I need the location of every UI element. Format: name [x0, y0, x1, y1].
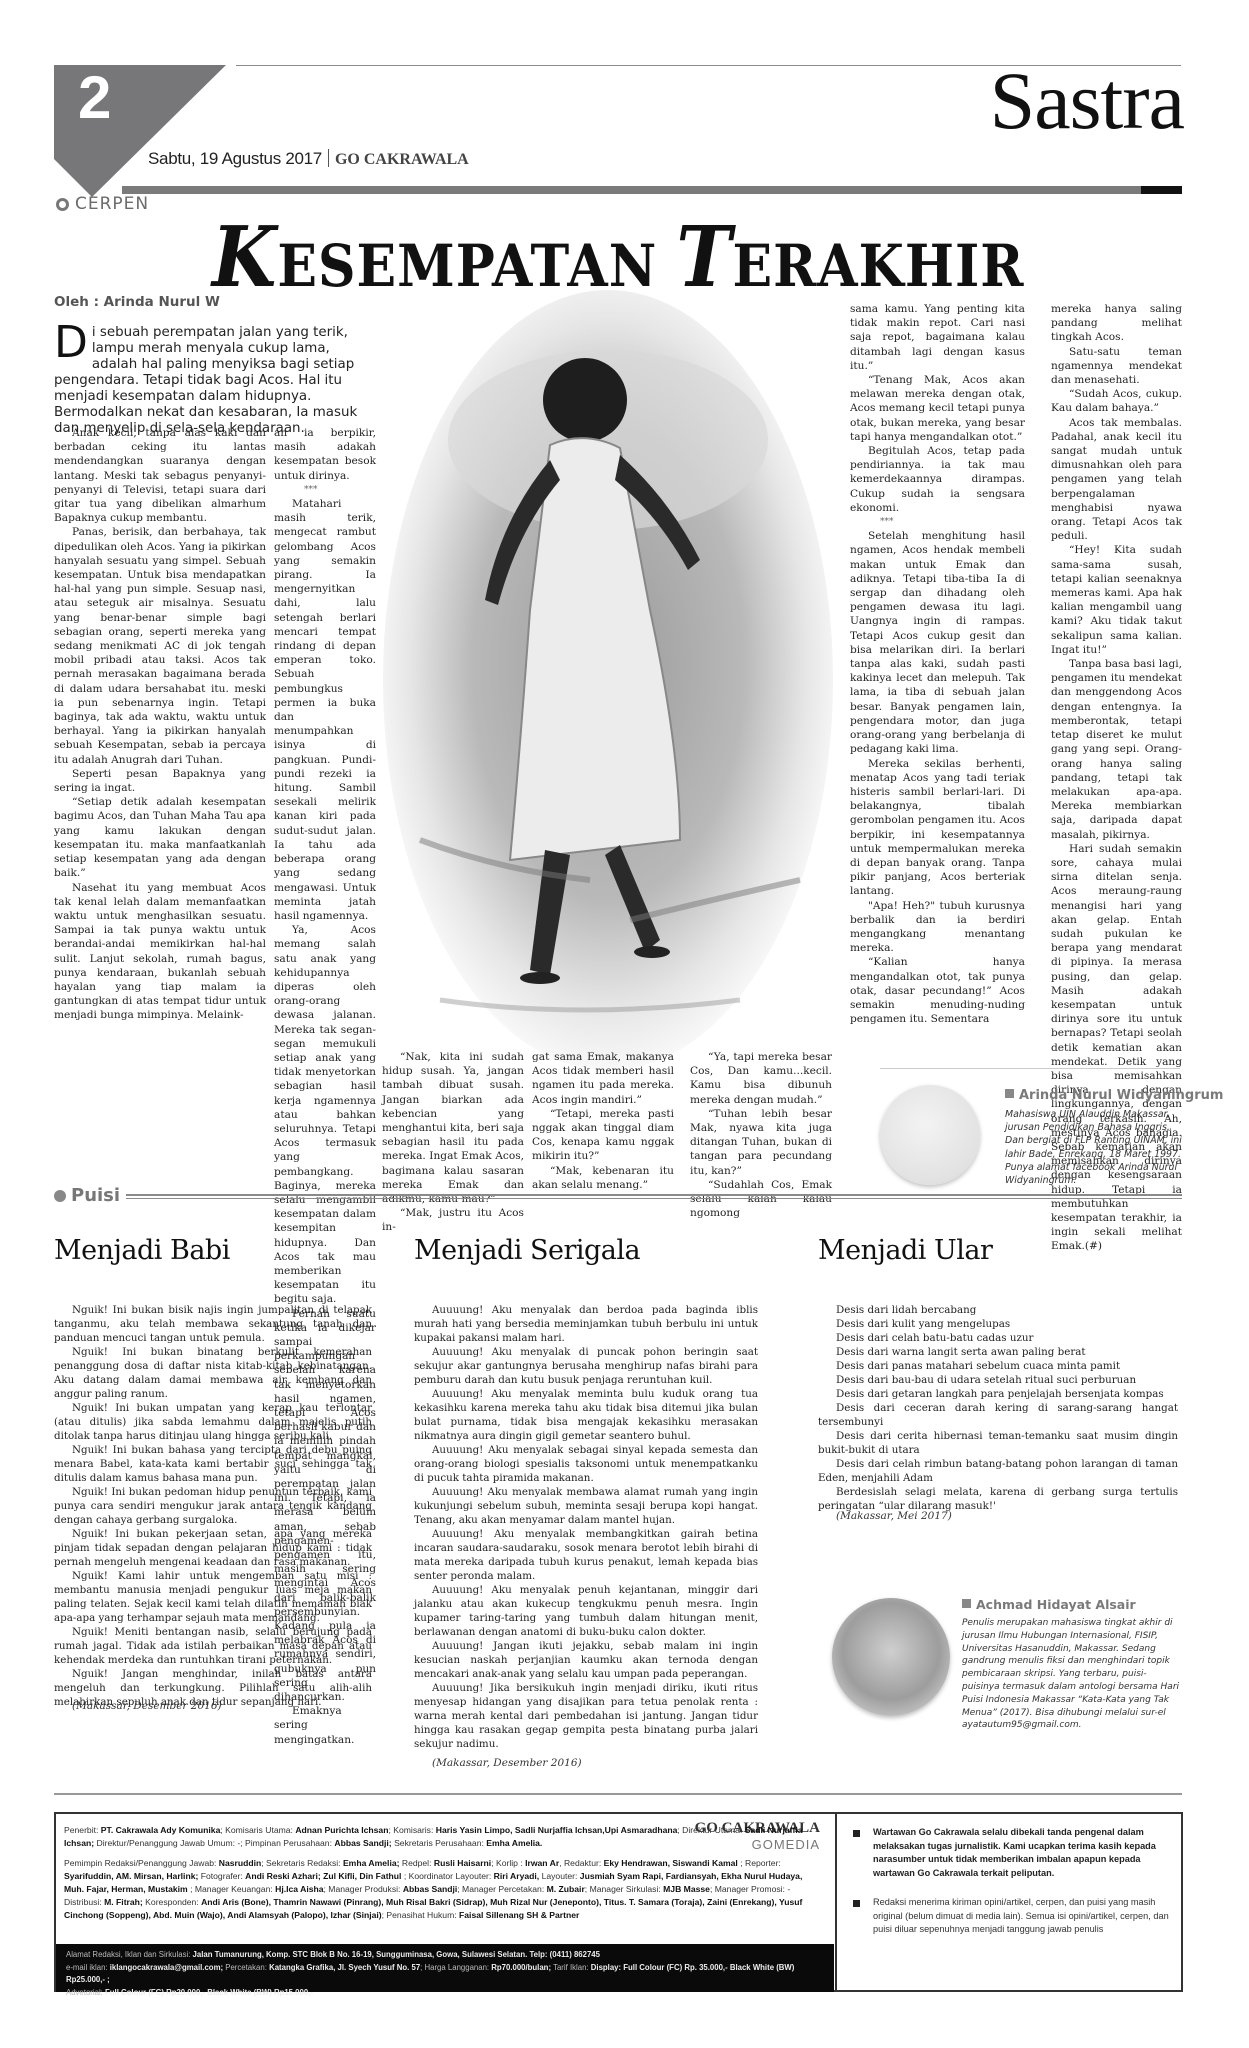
paragraph: Emaknya sering mengingatkan. — [274, 1704, 376, 1747]
paragraph: “Sudah Acos, cukup. Kau dalam bahaya.” — [1051, 387, 1182, 415]
credit-label: Alamat Redaksi, Iklan dan Sirkulasi: — [66, 1950, 193, 1959]
poem-line: Desis dari lidah bercabang — [818, 1303, 1178, 1317]
paragraph: “Hey! Kita sudah sama-sama susah, tetapi… — [1051, 543, 1182, 657]
credit-value: Abbas Sandji; — [334, 1838, 391, 1848]
paragraph: “Nak, kita ini sudah hidup susah. Ya, ja… — [382, 1050, 524, 1206]
poem-date: (Makassar, Desember 2016) — [72, 1700, 222, 1712]
masthead-credits: Penerbit: PT. Cakrawala Ady Komunika; Ko… — [64, 1824, 824, 1929]
masthead-notes: Wartawan Go Cakrawala selalu dibekali ta… — [835, 1814, 1181, 1990]
bio-separator — [880, 1068, 1180, 1069]
lead-paragraph: Di sebuah perempatan jalan yang terik, l… — [54, 325, 376, 437]
drop-cap: D — [54, 326, 88, 360]
credit-value: Riri Aryadi, — [494, 1871, 540, 1881]
poem-line: Desis dari warna langit serta awan palin… — [818, 1345, 1178, 1359]
credit-label: Redpel: — [399, 1858, 433, 1868]
paragraph: an ia berpikir, masih adakah kesempatan … — [274, 426, 376, 483]
poem-line: Desis dari celah batu-batu cadas uzur — [818, 1331, 1178, 1345]
stanza: Nguik! Meniti bentangan nasib, selalu be… — [54, 1625, 372, 1667]
paragraph: “Tenang Mak, Acos akan melawan mereka de… — [850, 373, 1025, 444]
square-bullet-icon — [853, 1830, 860, 1837]
paragraph: Matahari masih terik, mengecat rambut ge… — [274, 497, 376, 923]
credit-value: Haris Yasin Limpo, Sadli Nurjaffia Ichsa… — [436, 1825, 678, 1835]
poem-date: (Makassar, Mei 2017) — [836, 1510, 952, 1522]
square-bullet-icon — [1005, 1089, 1014, 1098]
credit-value: M. Zubair — [547, 1884, 585, 1894]
credit-value: Eky Hendrawan, Siswandi Kamal — [604, 1858, 738, 1868]
paragraph: sama kamu. Yang penting kita tidak makin… — [850, 302, 1025, 373]
credit-value: Katangka Grafika, Jl. Syech Yusuf No. 57 — [269, 1963, 420, 1972]
dot-bullet-icon — [54, 1190, 66, 1202]
credit-value: Emha Amelia. — [486, 1838, 542, 1848]
paragraph: Seperti pesan Bapaknya yang sering ia in… — [54, 767, 266, 795]
credit-value: Rp70.000/bulan; — [491, 1963, 551, 1972]
poem-body: Auuuung! Aku menyalak dan berdoa pada ba… — [414, 1303, 758, 1751]
credit-value: Nasruddin — [219, 1858, 262, 1868]
ring-bullet-icon — [56, 198, 69, 211]
paragraph: Satu-satu teman ngamennya mendekat dan m… — [1051, 345, 1182, 388]
credit-value: MJB Masse — [663, 1884, 710, 1894]
square-bullet-icon — [962, 1599, 971, 1608]
credit-value: Full Colour (FC) Rp20.000,- Black White … — [105, 1988, 313, 1997]
masthead-rule — [54, 1793, 1182, 1795]
credit-label: Koresponden: — [143, 1897, 201, 1907]
credit-label: ; Penasihat Hukum: — [382, 1910, 459, 1920]
story-column-6: sama kamu. Yang penting kita tidak makin… — [850, 302, 1025, 1026]
author-name-text: Arinda Nurul Widyaningrum — [1019, 1088, 1223, 1103]
credit-label: ; Komisaris Utama: — [220, 1825, 295, 1835]
credit-value: Emha Amelia; — [343, 1858, 400, 1868]
credit-label: ; Manager Produksi: — [324, 1884, 403, 1894]
paragraph: Tanpa basa basi lagi, pengamen itu mende… — [1051, 657, 1182, 842]
author-name: Arinda Nurul Widyaningrum — [1005, 1088, 1223, 1103]
stanza: Nguik! Ini bukan pedoman hidup penuntun … — [54, 1485, 372, 1527]
paragraph: gat sama Emak, makanya Acos tidak member… — [532, 1050, 674, 1107]
credit-label: ; Sekretaris Redaksi: — [261, 1858, 343, 1868]
paragraph: "Apa! Heh?" tubuh kurusnya berbalik dan … — [850, 899, 1025, 956]
poem-date: (Makassar, Desember 2016) — [432, 1757, 582, 1769]
poet-name-text: Achmad Hidayat Alsair — [976, 1597, 1136, 1612]
poem-body: Desis dari lidah bercabang Desis dari ku… — [818, 1303, 1178, 1513]
credit-value: Adnan Purichta Ichsan — [295, 1825, 388, 1835]
note-text: Wartawan Go Cakrawala selalu dibekali ta… — [873, 1827, 1156, 1878]
stanza: Nguik! Ini bukan binatang berkulit kemer… — [54, 1345, 372, 1401]
paragraph: “Setiap detik adalah kesempatan bagimu A… — [54, 795, 266, 880]
section-title: Sastra — [990, 60, 1184, 142]
byline: Oleh : Arinda Nurul W — [54, 294, 220, 310]
credit-value: M. Fitrah; — [104, 1897, 143, 1907]
poem-body: Nguik! Ini bukan bisik najis ingin jumpa… — [54, 1303, 372, 1709]
author-bio: Mahasiswa UIN Alauddin Makassar, jurusan… — [1005, 1108, 1183, 1187]
poem-title: Menjadi Serigala — [414, 1235, 640, 1266]
lead-text: i sebuah perempatan jalan yang terik, la… — [54, 325, 357, 436]
story-column-1: Anak kecil, tanpa alas kaki dan berbadan… — [54, 426, 266, 1023]
stanza: Auuuung! Aku menyalak meminta bulu kuduk… — [414, 1387, 758, 1443]
stanza: Nguik! Ini bukan umpatan yang kerap kau … — [54, 1401, 372, 1443]
paragraph: “Tuhan lebih besar Mak, nyawa kita juga … — [690, 1107, 832, 1178]
note-item: Redaksi menerima kiriman opini/artikel, … — [853, 1896, 1169, 1937]
paragraph: Anak kecil, tanpa alas kaki dan berbadan… — [54, 426, 266, 525]
paragraph: Mereka sekilas berhenti, menatap Acos ya… — [850, 757, 1025, 899]
credit-label: , Redaktur: — [559, 1858, 603, 1868]
brand-name: GO CAKRAWALA — [335, 151, 469, 168]
credit-label: Layouter: — [539, 1871, 580, 1881]
paragraph: “Tetapi, mereka pasti nggak akan tinggal… — [532, 1107, 674, 1164]
page-number: 2 — [78, 68, 111, 128]
editorial-credits: Pemimpin Redaksi/Penanggung Jawab: Nasru… — [64, 1857, 824, 1922]
paragraph: “Mak, kebenaran itu akan selalu menang.” — [532, 1164, 674, 1192]
masthead-box: GO CAKRAWALA GOMEDIA Penerbit: PT. Cakra… — [54, 1812, 1183, 1992]
story-column-4: gat sama Emak, makanya Acos tidak member… — [532, 1050, 674, 1192]
scene-break: *** — [274, 483, 376, 497]
stanza: Nguik! Ini bukan bahasa yang tercipta da… — [54, 1443, 372, 1485]
credit-value: Hj.Ica Aisha — [275, 1884, 323, 1894]
poem-line: Desis dari kulit yang mengelupas — [818, 1317, 1178, 1331]
credit-label: ; Koordinator Layouter: — [401, 1871, 493, 1881]
credit-label: Fotografer: — [198, 1871, 245, 1881]
paragraph: “Kalian hanya mengandalkan otot, tak pun… — [850, 955, 1025, 1026]
author-photo-placeholder — [880, 1085, 980, 1185]
header-thick-rule — [122, 186, 1182, 194]
cerpen-kicker-label: CERPEN — [75, 194, 149, 214]
credit-value: Andi Reski Azhari; Zul Kifli, Din Fathul — [245, 1871, 401, 1881]
title-initial: K — [212, 210, 277, 306]
puisi-kicker-label: Puisi — [71, 1185, 120, 1206]
credit-value: Jalan Tumanurung, Komp. STC Blok B No. 1… — [193, 1950, 600, 1959]
credit-value: iklangocakrawala@gmail.com; — [110, 1963, 223, 1972]
publisher-credits: Penerbit: PT. Cakrawala Ady Komunika; Ko… — [64, 1824, 824, 1850]
credit-label: ; Reporter: — [738, 1858, 781, 1868]
poem-line: Desis dari getaran langkah para penjelaj… — [818, 1387, 1178, 1401]
masthead-address-bar: Alamat Redaksi, Iklan dan Sirkulasi: Jal… — [56, 1944, 834, 1992]
poem-title: Menjadi Babi — [54, 1235, 230, 1266]
masthead-credits-panel: GO CAKRAWALA GOMEDIA Penerbit: PT. Cakra… — [56, 1814, 834, 1990]
poem-title: Menjadi Ular — [818, 1235, 992, 1266]
poet-bio: Penulis merupakan mahasiswa tingkat akhi… — [962, 1617, 1182, 1732]
story-column-3: “Nak, kita ini sudah hidup susah. Ya, ja… — [382, 1050, 524, 1235]
paragraph: mereka hanya saling pandang melihat ting… — [1051, 302, 1182, 345]
credit-label: Percetakan: — [223, 1963, 269, 1972]
paragraph: “Ya, tapi mereka besar Cos, Dan kamu...k… — [690, 1050, 832, 1107]
paragraph: Begitulah Acos, tetap pada pendiriannya.… — [850, 444, 1025, 515]
stanza: Auuuung! Aku menyalak penuh kejantanan, … — [414, 1583, 758, 1639]
poem-line: Desis dari ceceran darah kering di saran… — [818, 1401, 1178, 1429]
credit-label: ; Harga Langganan: — [420, 1963, 491, 1972]
story-illustration — [380, 280, 835, 1070]
poem-line: Berdesislah selagi melata, karena di ger… — [818, 1485, 1178, 1513]
poem-line: Desis dari panas matahari sebelum cuaca … — [818, 1359, 1178, 1373]
paragraph: Nasehat itu yang membuat Acos tak kenal … — [54, 881, 266, 1023]
header-rule-accent — [1141, 186, 1182, 194]
note-text: Redaksi menerima kiriman opini/artikel, … — [873, 1897, 1169, 1934]
stanza: Auuuung! Aku menyalak membangkitkan gair… — [414, 1527, 758, 1583]
poem-line: Desis dari bau-bau di udara setelah ritu… — [818, 1373, 1178, 1387]
stanza: Auuuung! Aku menyalak di puncak pohon be… — [414, 1345, 758, 1387]
puisi-rule — [126, 1194, 1182, 1199]
stanza: Nguik! Ini bukan pekerjaan setan, apa ya… — [54, 1527, 372, 1569]
credit-label: Pemimpin Redaksi/Penanggung Jawab: — [64, 1858, 219, 1868]
running-child-illustration — [380, 280, 835, 1070]
stanza: Auuuung! Aku menyalak dan berdoa pada ba… — [414, 1303, 758, 1345]
stanza: Auuuung! Jika bersikukuh ingin menjadi d… — [414, 1681, 758, 1751]
credit-label: Penerbit: — [64, 1825, 101, 1835]
credit-label: ; Komisaris: — [388, 1825, 435, 1835]
credit-label: Direktur/Penanggung Jawab Umum: -; Pimpi… — [94, 1838, 334, 1848]
note-item: Wartawan Go Cakrawala selalu dibekali ta… — [853, 1826, 1169, 1880]
poet-name: Achmad Hidayat Alsair — [962, 1597, 1136, 1612]
credit-label: ; Korlip : — [491, 1858, 525, 1868]
credit-value: Faisal Sillenang SH & Partner — [459, 1910, 579, 1920]
scene-break: *** — [850, 515, 1025, 529]
paragraph: Panas, berisik, dan berbahaya, tak diped… — [54, 525, 266, 766]
credit-label: ; Direktur Utama: — [677, 1825, 744, 1835]
credit-label: Tarif Iklan: — [551, 1963, 591, 1972]
paragraph: “Mak, justru itu Acos in- — [382, 1206, 524, 1234]
paragraph: “Sudahlah Cos, Emak selalu kalah kalau n… — [690, 1178, 832, 1221]
credit-value: PT. Cakrawala Ady Komunika — [101, 1825, 221, 1835]
issue-date: Sabtu, 19 Agustus 2017 — [148, 149, 322, 168]
poet-photo — [832, 1598, 950, 1716]
stanza: Nguik! Kami lahir untuk mengemban satu m… — [54, 1569, 372, 1625]
dateline: Sabtu, 19 Agustus 2017GO CAKRAWALA — [148, 149, 469, 169]
paragraph: Hari sudah semakin sore, cahaya mulai si… — [1051, 842, 1182, 1254]
credit-value: Irwan Ar — [525, 1858, 559, 1868]
puisi-kicker: Puisi — [54, 1185, 120, 1206]
stanza: Auuuung! Jangan ikuti jejakku, sebab mal… — [414, 1639, 758, 1681]
credit-label: Advetorial: — [66, 1988, 105, 1997]
square-bullet-icon — [853, 1900, 860, 1907]
credit-label: ; Manager Sirkulasi: — [585, 1884, 663, 1894]
dateline-separator — [328, 149, 329, 167]
cerpen-kicker: CERPEN — [56, 194, 149, 214]
credit-value: Syarifuddin, AM. Mirsan, Harlink; — [64, 1871, 198, 1881]
credit-label: Sekretaris Perusahaan: — [392, 1838, 487, 1848]
credit-value: Abbas Sandji — [403, 1884, 457, 1894]
poem-line: Desis dari celah rimbun batang-batang po… — [818, 1457, 1178, 1485]
credit-label: ; Manager Percetakan: — [457, 1884, 546, 1894]
paragraph: Acos tak membalas. Padahal, anak kecil i… — [1051, 416, 1182, 544]
poem-line: Desis dari cerita hibernasi teman-temank… — [818, 1429, 1178, 1457]
paragraph: Setelah menghitung hasil ngamen, Acos he… — [850, 529, 1025, 756]
credit-label: e-mail iklan: — [66, 1963, 110, 1972]
paragraph: Ya, Acos memang salah satu anak yang keh… — [274, 923, 376, 1306]
stanza: Nguik! Ini bukan bisik najis ingin jumpa… — [54, 1303, 372, 1345]
stanza: Auuuung! Aku menyalak sebagai sinyal kep… — [414, 1443, 758, 1485]
credit-value: Rusli Haisarni — [434, 1858, 491, 1868]
credit-label: ; Manager Keuangan: — [188, 1884, 275, 1894]
stanza: Auuuung! Aku menyalak membawa alamat rum… — [414, 1485, 758, 1527]
